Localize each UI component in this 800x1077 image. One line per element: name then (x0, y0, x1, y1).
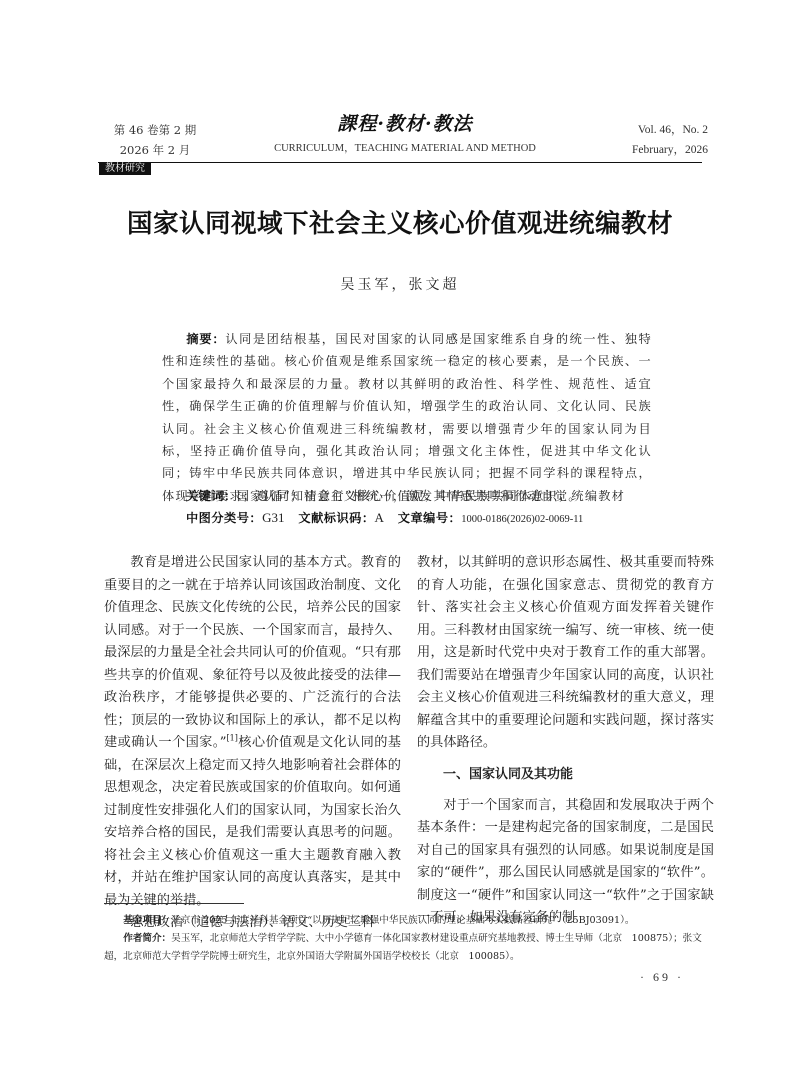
article-authors: 吴玉军，张文超 (0, 274, 800, 294)
issue-info-cn: 第 46 卷第 2 期 2026 年 2 月 (100, 120, 210, 160)
keywords-value: 国家认同；社会主义核心价值观；中华民族共同体意识；统编教材 (237, 489, 625, 503)
volume-cn: 第 46 卷第 2 期 (100, 120, 210, 140)
footnote-rule (104, 903, 244, 904)
date-cn: 2026 年 2 月 (100, 140, 210, 160)
article-no-label: 文章编号： (398, 511, 461, 525)
doc-code-label: 文献标识码： (298, 511, 374, 525)
section-heading: 一、国家认同及其功能 (417, 764, 714, 786)
article-title: 国家认同视域下社会主义核心价值观进统编教材 (0, 204, 800, 240)
funding-note: 基金项目：北京市 2025 年度社科基金项目“以历史记忆增强中华民族认同的理论基… (104, 912, 702, 930)
page-number: · 69 · (640, 970, 684, 985)
journal-title-cn: 課程·教材·教法 (260, 112, 550, 136)
body-paragraph: 对于一个国家而言，其稳固和发展取决于两个基本条件：一是建构起完备的国家制度，二是… (417, 795, 714, 930)
abstract: 摘要：认同是团结根基，国民对国家的认同感是国家维系自身的统一性、独特性和连续性的… (162, 328, 652, 507)
volume-en: Vol. 46，No. 2 (578, 120, 708, 140)
article-no-value: 1000-0186(2026)02-0069-11 (461, 514, 583, 525)
section-tag: 教材研究 (99, 162, 151, 175)
body-paragraph: 教育是增进公民国家认同的基本方式。教育的重要目的之一就在于培养认同该国政治制度、… (104, 552, 401, 912)
author-note: 作者简介：吴玉军，北京师范大学哲学学院、大中小学德育一体化国家教材建设重点研究基… (104, 930, 702, 966)
keywords-line: 关键词：国家认同；社会主义核心价值观；中华民族共同体意识；统编教材 (186, 485, 625, 507)
header-rule (98, 162, 702, 163)
date-en: February，2026 (578, 140, 708, 160)
abstract-label: 摘要： (186, 332, 225, 346)
citation-link[interactable]: [1] (227, 734, 238, 743)
body-paragraph: 教材，以其鲜明的意识形态属性、极其重要而特殊的育人功能，在强化国家意志、贯彻党的… (417, 552, 714, 755)
clc-label: 中图分类号： (186, 511, 262, 525)
journal-masthead: 課程·教材·教法 CURRICULUM，TEACHING MATERIAL AN… (260, 112, 550, 158)
doc-code-value: A (375, 510, 384, 525)
classification-line: 中图分类号：G31 文献标识码：A 文章编号：1000-0186(2026)02… (186, 507, 583, 531)
clc-value: G31 (262, 510, 284, 525)
author-bio-text: 吴玉军，北京师范大学哲学学院、大中小学德育一体化国家教材建设重点研究基地教授、博… (104, 933, 702, 962)
body-column-right: 教材，以其鲜明的意识形态属性、极其重要而特殊的育人功能，在强化国家意志、贯彻党的… (417, 552, 714, 930)
issue-info-en: Vol. 46，No. 2 February，2026 (578, 120, 708, 160)
keywords-label: 关键词： (186, 489, 237, 503)
abstract-text: 认同是团结根基，国民对国家的认同感是国家维系自身的统一性、独特性和连续性的基础。… (162, 332, 652, 503)
body-column-left: 教育是增进公民国家认同的基本方式。教育的重要目的之一就在于培养认同该国政治制度、… (104, 552, 401, 935)
funding-text: 北京市 2025 年度社科基金项目“以历史记忆增强中华民族认同的理论基础与实践路… (171, 915, 634, 926)
funding-label: 基金项目： (123, 915, 171, 926)
footnotes: 基金项目：北京市 2025 年度社科基金项目“以历史记忆增强中华民族认同的理论基… (104, 912, 702, 966)
author-bio-label: 作者简介： (123, 933, 171, 944)
journal-title-en: CURRICULUM，TEACHING MATERIAL AND METHOD (260, 140, 550, 158)
